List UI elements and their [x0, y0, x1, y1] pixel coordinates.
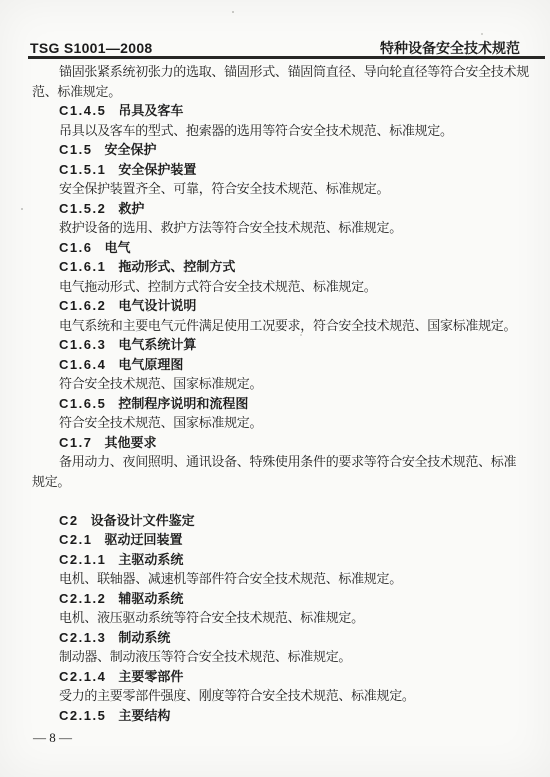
clause-heading: C1.5.1安全保护装置 — [32, 160, 524, 180]
body-text-line: 制动器、制动液压等符合安全技术规范、标准规定。 — [32, 647, 524, 667]
clause-title: 安全保护装置 — [118, 162, 196, 177]
body-text-line: 电机、联轴器、减速机等部件符合安全技术规范、标准规定。 — [32, 569, 524, 589]
scan-speck — [21, 208, 23, 210]
clause-number: C2.1 — [59, 532, 92, 547]
scan-speck — [300, 334, 302, 336]
body-text: 吊具以及客车的型式、抱索器的选用等符合安全技术规范、标准规定。 — [59, 123, 453, 138]
clause-number: C1.6.2 — [59, 298, 106, 313]
body-text-line: 受力的主要零部件强度、刚度等符合安全技术规范、标准规定。 — [32, 686, 524, 706]
header-rule — [28, 56, 545, 59]
clause-number: C2.1.4 — [59, 669, 106, 684]
clause-number: C1.5.1 — [59, 162, 106, 177]
body-text-line: 电气拖动形式、控制方式符合安全技术规范、标准规定。 — [32, 277, 524, 297]
body-text: 安全保护装置齐全、可靠，符合安全技术规范、标准规定。 — [59, 181, 389, 196]
clause-title: 主要结构 — [118, 708, 170, 723]
body-text: 规定。 — [32, 474, 70, 489]
clause-title: 电气设计说明 — [118, 298, 196, 313]
clause-title: 电气 — [104, 240, 130, 255]
clause-heading: C2设备设计文件鉴定 — [32, 511, 524, 531]
clause-heading: C1.7其他要求 — [32, 433, 524, 453]
clause-title: 辅驱动系统 — [118, 591, 183, 606]
clause-title: 吊具及客车 — [118, 103, 183, 118]
body-text: 制动器、制动液压等符合安全技术规范、标准规定。 — [59, 649, 351, 664]
body-text: 锚固张紧系统初张力的选取、锚固形式、锚固筒直径、导向轮直径等符合安全技术规 — [59, 64, 529, 79]
clause-number: C2.1.5 — [59, 708, 106, 723]
clause-heading: C2.1.5主要结构 — [32, 706, 524, 726]
body-text: 范、标准规定。 — [32, 84, 121, 99]
body-text-line: 符合安全技术规范、国家标准规定。 — [32, 413, 524, 433]
page-header: TSG S1001—2008 特种设备安全技术规范 — [30, 38, 520, 58]
clause-number: C1.7 — [59, 435, 92, 450]
clause-heading: C1.6.5控制程序说明和流程图 — [32, 394, 524, 414]
clause-number: C1.5.2 — [59, 201, 106, 216]
clause-number: C2 — [59, 513, 79, 528]
body-text: 电机、联轴器、减速机等部件符合安全技术规范、标准规定。 — [59, 571, 402, 586]
clause-title: 主驱动系统 — [118, 552, 183, 567]
clause-number: C1.5 — [59, 142, 92, 157]
clause-heading: C2.1.2辅驱动系统 — [32, 589, 524, 609]
body-text-line: 救护设备的选用、救护方法等符合安全技术规范、标准规定。 — [32, 218, 524, 238]
clause-number: C1.6.3 — [59, 337, 106, 352]
page-number: — 8 — — [33, 730, 72, 745]
body-text-line: 备用动力、夜间照明、通讯设备、特殊使用条件的要求等符合安全技术规范、标准 — [32, 452, 524, 472]
body-text: 符合安全技术规范、国家标准规定。 — [59, 415, 262, 430]
body-text-line: 吊具以及客车的型式、抱索器的选用等符合安全技术规范、标准规定。 — [32, 121, 524, 141]
scan-speck — [481, 33, 483, 35]
body-text: 电气系统和主要电气元件满足使用工况要求，符合安全技术规范、国家标准规定。 — [59, 318, 516, 333]
clause-heading: C1.6.1拖动形式、控制方式 — [32, 257, 524, 277]
document-body: 锚固张紧系统初张力的选取、锚固形式、锚固筒直径、导向轮直径等符合安全技术规范、标… — [32, 62, 524, 725]
clause-heading: C2.1.4主要零部件 — [32, 667, 524, 687]
clause-number: C1.6.5 — [59, 396, 106, 411]
body-text-line: 符合安全技术规范、国家标准规定。 — [32, 374, 524, 394]
clause-number: C2.1.1 — [59, 552, 106, 567]
clause-number: C1.6.4 — [59, 357, 106, 372]
body-text-line: 范、标准规定。 — [32, 82, 524, 102]
body-text-line: 电机、液压驱动系统等符合安全技术规范、标准规定。 — [32, 608, 524, 628]
body-text: 受力的主要零部件强度、刚度等符合安全技术规范、标准规定。 — [59, 688, 415, 703]
clause-title: 救护 — [118, 201, 144, 216]
clause-heading: C1.4.5吊具及客车 — [32, 101, 524, 121]
body-text: 电气拖动形式、控制方式符合安全技术规范、标准规定。 — [59, 279, 377, 294]
clause-number: C2.1.3 — [59, 630, 106, 645]
body-text: 救护设备的选用、救护方法等符合安全技术规范、标准规定。 — [59, 220, 402, 235]
clause-heading: C2.1.3制动系统 — [32, 628, 524, 648]
clause-number: C1.4.5 — [59, 103, 106, 118]
blank-line — [32, 491, 524, 511]
clause-title: 其他要求 — [104, 435, 156, 450]
clause-title: 安全保护 — [104, 142, 156, 157]
body-text-line: 锚固张紧系统初张力的选取、锚固形式、锚固筒直径、导向轮直径等符合安全技术规 — [32, 62, 524, 82]
clause-title: 制动系统 — [118, 630, 170, 645]
clause-title: 电气系统计算 — [118, 337, 196, 352]
clause-title: 主要零部件 — [118, 669, 183, 684]
document-page: TSG S1001—2008 特种设备安全技术规范 锚固张紧系统初张力的选取、锚… — [0, 0, 550, 777]
body-text-line: 规定。 — [32, 472, 524, 492]
clause-heading: C2.1.1主驱动系统 — [32, 550, 524, 570]
body-text: 符合安全技术规范、国家标准规定。 — [59, 376, 262, 391]
clause-title: 设备设计文件鉴定 — [91, 513, 195, 528]
clause-number: C2.1.2 — [59, 591, 106, 606]
clause-heading: C2.1驱动迂回装置 — [32, 530, 524, 550]
clause-heading: C1.5安全保护 — [32, 140, 524, 160]
clause-title: 控制程序说明和流程图 — [118, 396, 248, 411]
page-footer: — 8 — — [33, 728, 72, 748]
clause-heading: C1.5.2救护 — [32, 199, 524, 219]
body-text-line: 电气系统和主要电气元件满足使用工况要求，符合安全技术规范、国家标准规定。 — [32, 316, 524, 336]
document-title: 特种设备安全技术规范 — [380, 38, 520, 58]
body-text: 备用动力、夜间照明、通讯设备、特殊使用条件的要求等符合安全技术规范、标准 — [59, 454, 516, 469]
clause-title: 驱动迂回装置 — [104, 532, 182, 547]
clause-heading: C1.6.4电气原理图 — [32, 355, 524, 375]
document-code: TSG S1001—2008 — [30, 40, 153, 56]
clause-heading: C1.6电气 — [32, 238, 524, 258]
body-text-line: 安全保护装置齐全、可靠，符合安全技术规范、标准规定。 — [32, 179, 524, 199]
clause-number: C1.6.1 — [59, 259, 106, 274]
clause-heading: C1.6.3电气系统计算 — [32, 335, 524, 355]
clause-title: 拖动形式、控制方式 — [118, 259, 235, 274]
body-text: 电机、液压驱动系统等符合安全技术规范、标准规定。 — [59, 610, 364, 625]
clause-title: 电气原理图 — [118, 357, 183, 372]
scan-speck — [232, 11, 234, 13]
clause-number: C1.6 — [59, 240, 92, 255]
scan-speck — [36, 86, 38, 88]
clause-heading: C1.6.2电气设计说明 — [32, 296, 524, 316]
